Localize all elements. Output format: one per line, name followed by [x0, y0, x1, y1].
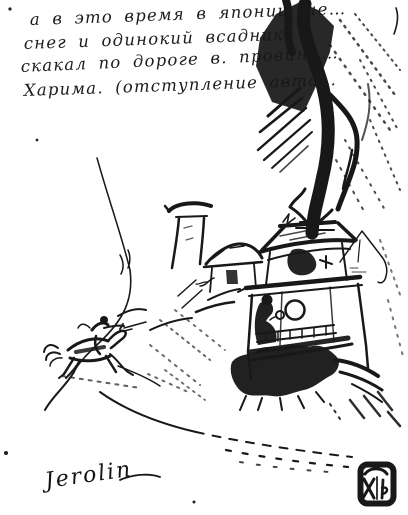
- signature-text: Jerolin: [39, 457, 133, 495]
- wall-cross-mark: [320, 256, 332, 268]
- rider-rod: [124, 322, 146, 328]
- vegetation-right-arm: [336, 360, 382, 402]
- torii-left-post: [172, 218, 179, 268]
- bottom-road-dots-2: [240, 462, 330, 472]
- torii-gate-sketch: [165, 203, 211, 268]
- ledge-tick-2: [128, 250, 130, 268]
- hillside-texture: [118, 280, 240, 400]
- trunk-base-flag: [283, 214, 295, 224]
- ink-sketch-canvas: а в это время в японии ше… снег и одинок…: [0, 0, 408, 515]
- ledge-tick-1: [120, 255, 123, 274]
- trail-line: [118, 366, 160, 386]
- horse-tail: [44, 345, 62, 366]
- horseman-sketch: [44, 316, 160, 388]
- seal-top-arch: [365, 469, 387, 474]
- bottom-road-dots-1: [226, 450, 348, 467]
- small-loop: [276, 311, 284, 319]
- vegetation-mass: [231, 345, 400, 426]
- slope-streaks: [330, 392, 400, 426]
- torii-second-beam: [176, 216, 207, 217]
- torii-right-post: [200, 218, 204, 264]
- trunk-top-stroke: [286, 0, 292, 52]
- corner-squiggle: [394, 8, 397, 34]
- hut-door: [226, 270, 238, 284]
- sketch-page: а в это время в японии ше… снег и одинок…: [0, 0, 408, 515]
- upper-slope-line: [97, 158, 130, 270]
- torii-top-flare: [165, 206, 169, 211]
- horse-head: [108, 324, 132, 348]
- lower-wall-right: [358, 284, 368, 368]
- upper-window-blob: [287, 249, 316, 276]
- pavilion-roof-right-slope: [338, 223, 356, 240]
- annex-hut-sketch: [196, 244, 262, 292]
- bottom-road-dashed: [196, 432, 352, 457]
- artist-seal: [361, 465, 394, 504]
- pavilion-roof-eave: [260, 240, 354, 252]
- seal-glyph-left: [363, 479, 374, 498]
- artist-signature: Jerolin: [39, 457, 160, 495]
- upper-wall-left: [266, 252, 270, 285]
- stipple-field: [330, 14, 400, 215]
- ground-speckle: [62, 376, 140, 388]
- hut-wall-right: [254, 264, 256, 288]
- torii-top-beam: [169, 203, 211, 211]
- round-window: [286, 301, 305, 320]
- bottom-road-solid: [100, 392, 196, 432]
- tree-twig: [362, 84, 370, 140]
